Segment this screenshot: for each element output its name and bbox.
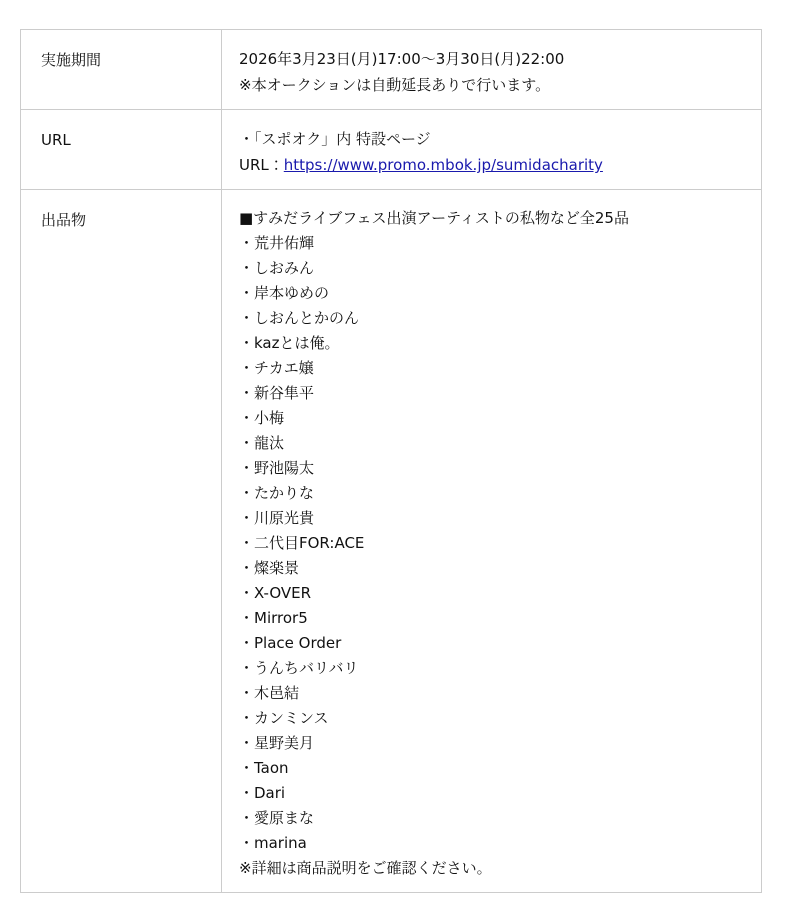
artist-list-item: ・愛原まな — [239, 806, 745, 831]
artist-list-item: ・二代目FOR:ACE — [239, 531, 745, 556]
artist-list-item: ・新谷隼平 — [239, 381, 745, 406]
special-page-link[interactable]: https://www.promo.mbok.jp/sumidacharity — [284, 156, 603, 174]
table-row-url: URL ・「スポオク」内 特設ページ URL：https://www.promo… — [21, 110, 762, 190]
row-value-items: ■すみだライブフェス出演アーティストの私物など全25品 ・荒井佑輝・しおみん・岸… — [222, 190, 762, 893]
url-page-description: ・「スポオク」内 特設ページ — [239, 126, 745, 152]
artist-list-item: ・小梅 — [239, 406, 745, 431]
url-line: URL：https://www.promo.mbok.jp/sumidachar… — [239, 152, 745, 178]
artist-list-item: ・木邑結 — [239, 681, 745, 706]
artist-list-item: ・岸本ゆめの — [239, 281, 745, 306]
url-prefix: URL： — [239, 156, 284, 174]
artist-list-item: ・X-OVER — [239, 581, 745, 606]
artist-list-item: ・たかりな — [239, 481, 745, 506]
artist-list-item: ・Place Order — [239, 631, 745, 656]
row-label-period: 実施期間 — [21, 30, 222, 110]
row-value-url: ・「スポオク」内 特設ページ URL：https://www.promo.mbo… — [222, 110, 762, 190]
page: 実施期間 2026年3月23日(月)17:00〜3月30日(月)22:00 ※本… — [0, 0, 800, 923]
items-note: ※詳細は商品説明をご確認ください。 — [239, 856, 745, 881]
artist-list-item: ・星野美月 — [239, 731, 745, 756]
info-table: 実施期間 2026年3月23日(月)17:00〜3月30日(月)22:00 ※本… — [20, 29, 762, 893]
artist-list-item: ・Taon — [239, 756, 745, 781]
period-note: ※本オークションは自動延長ありで行います。 — [239, 72, 745, 98]
artist-list-item: ・川原光貴 — [239, 506, 745, 531]
row-label-items: 出品物 — [21, 190, 222, 893]
artist-list-item: ・野池陽太 — [239, 456, 745, 481]
artist-list: ・荒井佑輝・しおみん・岸本ゆめの・しおんとかのん・kazとは俺。・チカエ嬢・新谷… — [239, 231, 745, 856]
artist-list-item: ・しおんとかのん — [239, 306, 745, 331]
artist-list-item: ・kazとは俺。 — [239, 331, 745, 356]
artist-list-item: ・チカエ嬢 — [239, 356, 745, 381]
artist-list-item: ・しおみん — [239, 256, 745, 281]
table-row-period: 実施期間 2026年3月23日(月)17:00〜3月30日(月)22:00 ※本… — [21, 30, 762, 110]
artist-list-item: ・うんちバリバリ — [239, 656, 745, 681]
period-dates: 2026年3月23日(月)17:00〜3月30日(月)22:00 — [239, 46, 745, 72]
row-label-url: URL — [21, 110, 222, 190]
artist-list-item: ・marina — [239, 831, 745, 856]
artist-list-item: ・Dari — [239, 781, 745, 806]
row-value-period: 2026年3月23日(月)17:00〜3月30日(月)22:00 ※本オークショ… — [222, 30, 762, 110]
items-heading: ■すみだライブフェス出演アーティストの私物など全25品 — [239, 206, 745, 231]
artist-list-item: ・龍汰 — [239, 431, 745, 456]
artist-list-item: ・荒井佑輝 — [239, 231, 745, 256]
artist-list-item: ・Mirror5 — [239, 606, 745, 631]
artist-list-item: ・カンミンス — [239, 706, 745, 731]
table-row-items: 出品物 ■すみだライブフェス出演アーティストの私物など全25品 ・荒井佑輝・しお… — [21, 190, 762, 893]
artist-list-item: ・燦楽景 — [239, 556, 745, 581]
